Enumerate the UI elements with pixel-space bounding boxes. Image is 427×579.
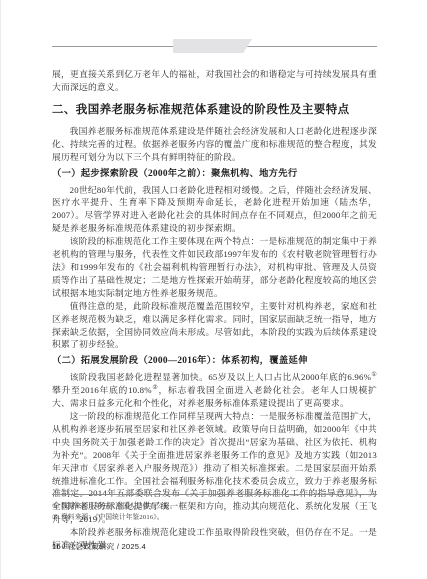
- footnote-text: 数据来源：第五次全国人口普查公报。: [61, 503, 177, 510]
- continuation-paragraph: 展，更直接关系到亿万老年人的福祉，对我国社会的和谐稳定与可持续发展具有重大而深远…: [52, 68, 377, 94]
- paragraph-text: 该阶段我国老龄化进程显著加快。65岁及以上人口占比从2000年底的6.96%: [70, 372, 372, 382]
- footnote-text: 资料来源：《中国统计年鉴2016》。: [61, 514, 164, 521]
- footnote-ref-1: ①: [371, 372, 377, 378]
- footnote-marker: ②: [52, 514, 58, 521]
- paragraph: 该阶段的标准规范化工作主要体现在两个特点：一是标准规范的制定集中于养老机构的管理…: [52, 235, 377, 300]
- journal-masthead-redaction: [173, 39, 252, 53]
- footnotes-block: ①数据来源：第五次全国人口普查公报。 ②资料来源：《中国统计年鉴2016》。: [52, 494, 377, 523]
- paragraph-with-footnote-refs: 该阶段我国老龄化进程显著加快。65岁及以上人口占比从2000年底的6.96%①攀…: [52, 371, 377, 410]
- article-body: 展，更直接关系到亿万老年人的福祉，对我国社会的和谐稳定与可持续发展具有重大而深远…: [52, 68, 377, 552]
- section-heading: 二、我国养老服务标准规范体系建设的阶段性及主要特点: [52, 103, 377, 118]
- subsection-heading-2: （二）拓展发展阶段（2000—2016年）：体系初构，覆盖延伸: [52, 355, 377, 368]
- intro-paragraph: 我国养老服务标准规范体系建设是伴随社会经济发展和人口老龄化进程逐步深化、持续完善…: [52, 125, 377, 164]
- page-footer: 16 / 社会政策研究 / 2025.4: [52, 541, 146, 552]
- footnote-item: ①数据来源：第五次全国人口普查公报。: [52, 502, 377, 513]
- paragraph: 20世纪80年代前，我国人口老龄化进程相对缓慢。之后，伴随社会经济发展、医疗水平…: [52, 184, 377, 236]
- subsection-heading-1: （一）起步探索阶段（2000年之前）：聚焦机构、地方先行: [52, 168, 377, 181]
- footnote-marker: ①: [52, 503, 58, 510]
- footnote-item: ②资料来源：《中国统计年鉴2016》。: [52, 513, 377, 524]
- paragraph: 值得注意的是，此阶段标准规范覆盖范围较窄，主要针对机构养老，家庭和社区养老规范极…: [52, 300, 377, 352]
- journal-page: 展，更直接关系到亿万老年人的福祉，对我国社会的和谐稳定与可持续发展具有重大而深远…: [0, 0, 427, 579]
- paragraph-text: 攀升至2016年底的10.8%: [52, 385, 152, 395]
